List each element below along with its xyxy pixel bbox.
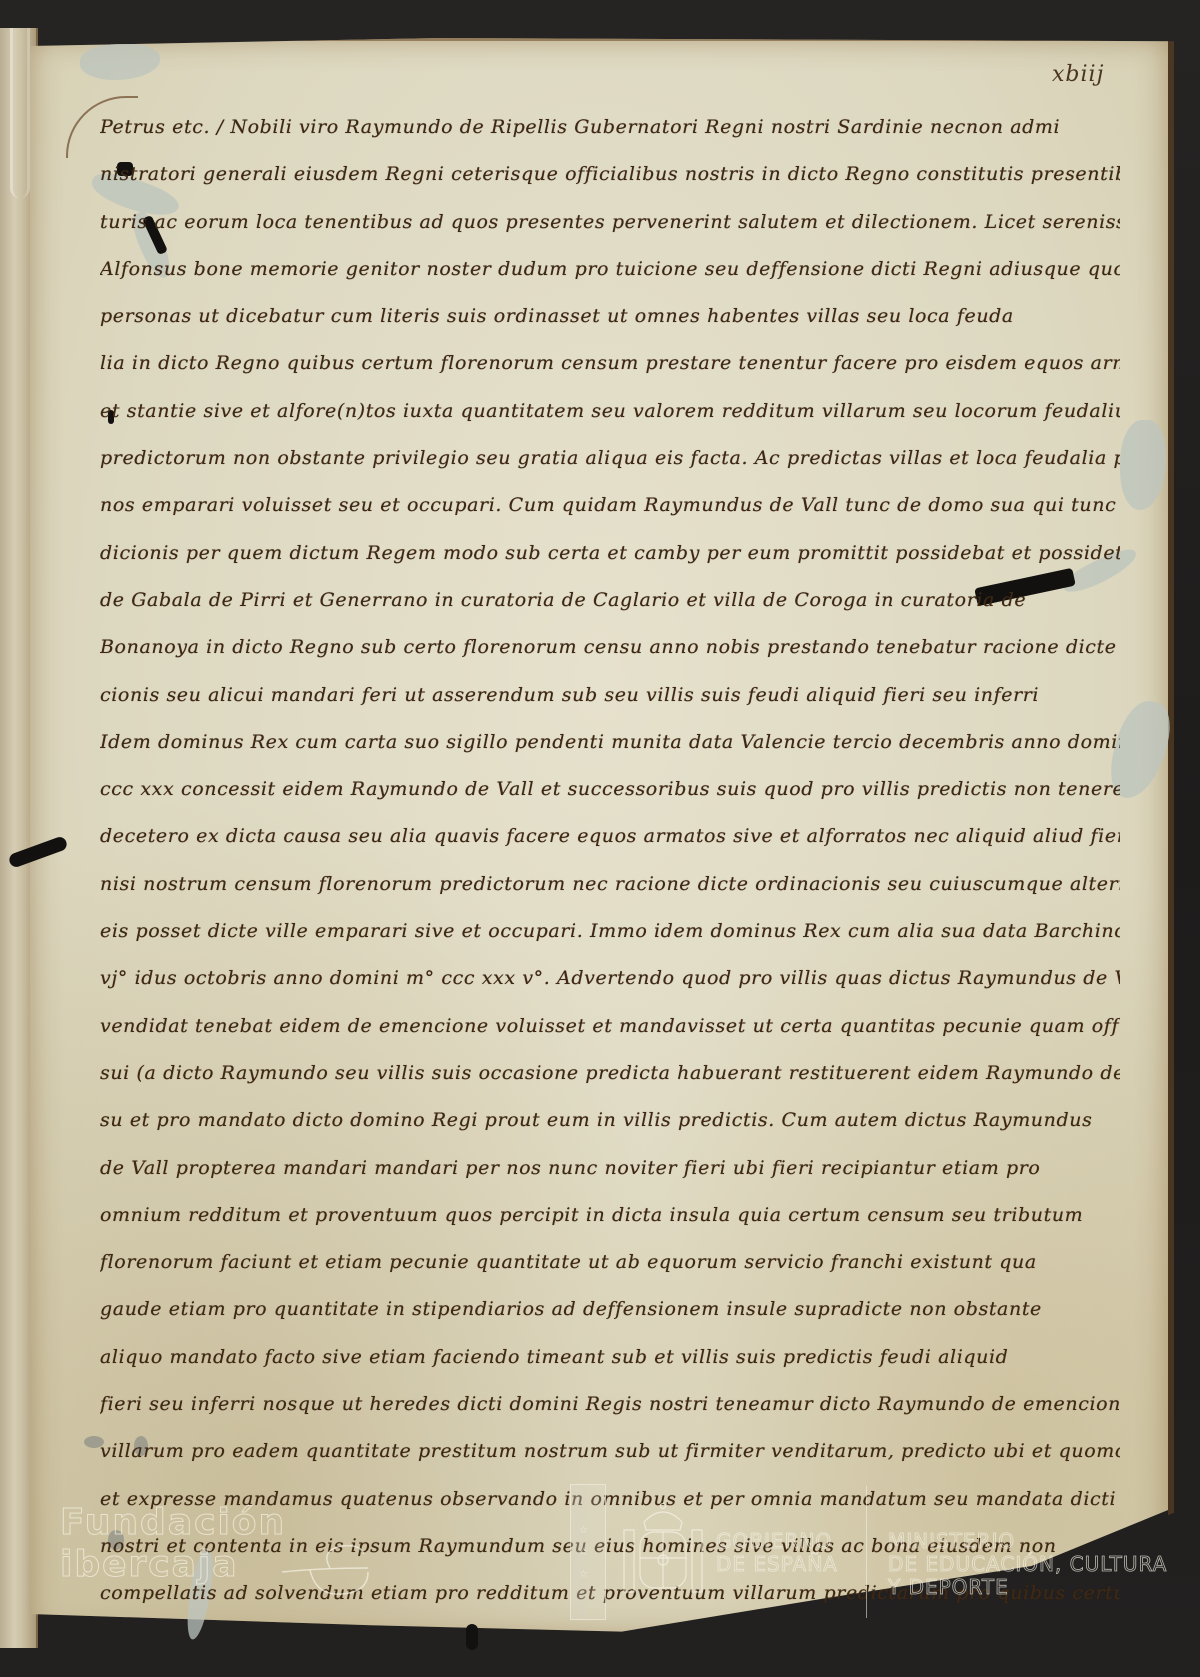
text-line: nos emparari voluisset seu et occupari. … [100,482,1120,529]
text-line: vj° idus octobris anno domini m° ccc xxx… [100,955,1120,1002]
text-line: fieri seu inferri nosque ut heredes dict… [100,1381,1120,1428]
folio-number: xbiij [1052,62,1104,87]
text-line: et stantie sive et alfore(n)tos iuxta qu… [100,388,1120,435]
watermark-fundacion-line2: ibercaja [60,1544,286,1586]
watermark-gov-line1: GOBIERNO [716,1530,838,1553]
text-line: vendidat tenebat eidem de emencione volu… [100,1003,1120,1050]
star-icon: ☆ [579,1569,588,1580]
watermark-gobierno-espana: GOBIERNO DE ESPAÑA [716,1530,838,1576]
watermark-ministerio: MINISTERIO DE EDUCACIÓN, CULTURA Y DEPOR… [888,1530,1167,1599]
text-line: Petrus etc. / Nobili viro Raymundo de Ri… [100,104,1120,151]
hole-bottom [466,1624,478,1650]
text-line: lia in dicto Regno quibus certum floreno… [100,340,1120,387]
star-icon: ☆ [579,1525,588,1536]
text-line: omnium redditum et proventuum quos perci… [100,1192,1120,1239]
watermark-fundacion-line1: Fundación [60,1502,286,1544]
text-line: villarum pro eadem quantitate prestitum … [100,1428,1120,1475]
text-line: predictorum non obstante privilegio seu … [100,435,1120,482]
text-line: de Vall propterea mandari mandari per no… [100,1145,1120,1192]
text-line: Alfonsus bone memorie genitor noster dud… [100,246,1120,293]
text-line: cionis seu alicui mandari feri ut assere… [100,672,1120,719]
text-line: sui (a dicto Raymundo seu villis suis oc… [100,1050,1120,1097]
star-icon: ☆ [579,1547,588,1558]
watermark-ministry-line3: Y DEPORTE [888,1576,1167,1599]
watermark-gov-line2: DE ESPAÑA [716,1553,838,1576]
watermark-ministry-line2: DE EDUCACIÓN, CULTURA [888,1553,1167,1576]
text-line: gaude etiam pro quantitate in stipendiar… [100,1286,1120,1333]
text-line: Bonanoya in dicto Regno sub certo floren… [100,624,1120,671]
ibercaja-logo-icon [280,1538,380,1598]
text-line: ccc xxx concessit eidem Raymundo de Vall… [100,766,1120,813]
text-line: eis posset dicte ville emparari sive et … [100,908,1120,955]
text-line: decetero ex dicta causa seu alia quavis … [100,813,1120,860]
text-line: aliquo mandato facto sive etiam faciendo… [100,1334,1120,1381]
manuscript-text: Petrus etc. / Nobili viro Raymundo de Ri… [100,104,1120,1618]
watermark-fundacion-ibercaja: Fundación ibercaja [60,1502,286,1586]
text-line: personas ut dicebatur cum literis suis o… [100,293,1120,340]
watermark-divider [866,1486,867,1618]
text-line: Idem dominus Rex cum carta suo sigillo p… [100,719,1120,766]
text-line: de Gabala de Pirri et Generrano in curat… [100,577,1120,624]
binding-thread [10,28,30,198]
text-line: nisi nostrum censum florenorum predictor… [100,861,1120,908]
watermark-ministry-line1: MINISTERIO [888,1530,1167,1553]
spain-coat-of-arms-icon [622,1500,704,1600]
text-line: su et pro mandato dicto domino Regi prou… [100,1097,1120,1144]
text-line: nistratori generali eiusdem Regni ceteri… [100,151,1120,198]
spain-flag-stripe-icon: ☆ ☆ ☆ [570,1484,606,1620]
text-line: dicionis per quem dictum Regem modo sub … [100,530,1120,577]
text-line: florenorum faciunt et etiam pecunie quan… [100,1239,1120,1286]
text-line: turis ac eorum loca tenentibus ad quos p… [100,199,1120,246]
